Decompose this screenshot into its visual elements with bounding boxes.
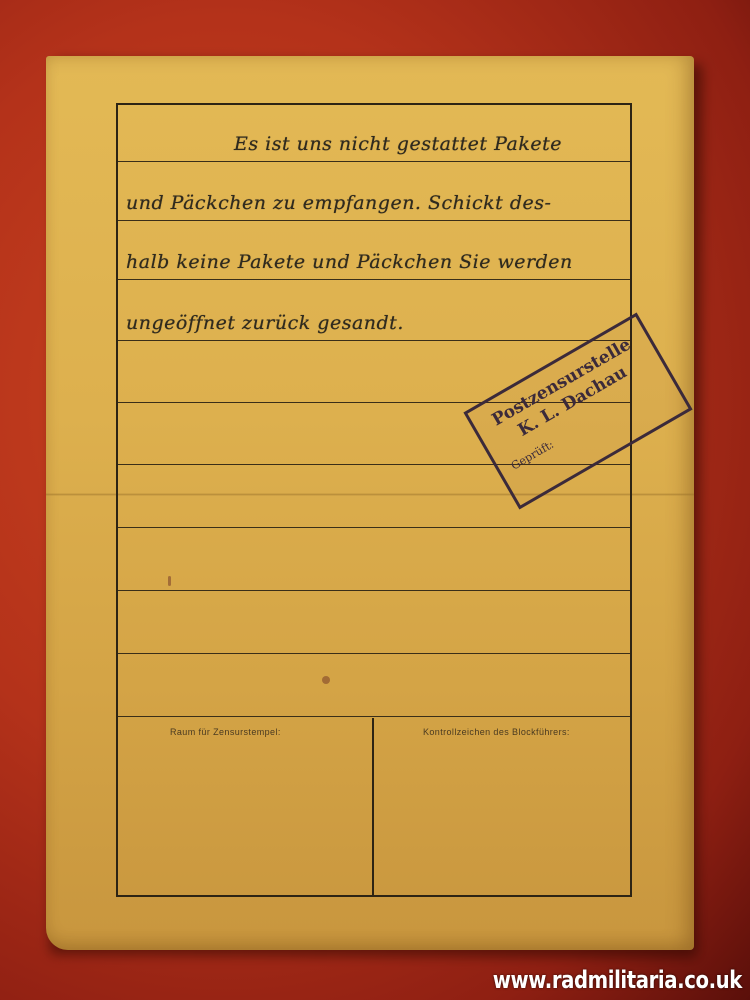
ink-mark bbox=[168, 576, 171, 586]
censor-stamp-label: Raum für Zensurstempel: bbox=[170, 727, 281, 737]
ruled-line bbox=[118, 527, 630, 528]
ruled-line bbox=[118, 653, 630, 654]
handwritten-line-4: ungeöffnet zurück gesandt. bbox=[126, 312, 404, 334]
form-frame: Es ist uns nicht gestattet Pakete und Pä… bbox=[116, 103, 632, 897]
ruled-line bbox=[118, 161, 630, 162]
ruled-line bbox=[118, 279, 630, 280]
handwritten-line-2: und Päckchen zu empfangen. Schickt des- bbox=[126, 192, 551, 214]
letter-sheet: Es ist uns nicht gestattet Pakete und Pä… bbox=[46, 56, 694, 950]
handwritten-line-3: halb keine Pakete und Päckchen Sie werde… bbox=[126, 251, 573, 273]
ruled-line bbox=[118, 220, 630, 221]
ruled-line bbox=[118, 716, 630, 717]
site-watermark: www.radmilitaria.co.uk bbox=[493, 966, 742, 994]
ruled-line bbox=[118, 340, 630, 341]
handwritten-line-1: Es ist uns nicht gestattet Pakete bbox=[234, 133, 562, 155]
block-leader-mark-label: Kontrollzeichen des Blockführers: bbox=[423, 727, 570, 737]
stain-spot bbox=[322, 676, 330, 684]
ruled-line bbox=[118, 590, 630, 591]
censor-stamp: Postzensurstelle K. L. Dachau Geprüft: bbox=[463, 313, 692, 510]
footer-divider bbox=[372, 718, 374, 895]
